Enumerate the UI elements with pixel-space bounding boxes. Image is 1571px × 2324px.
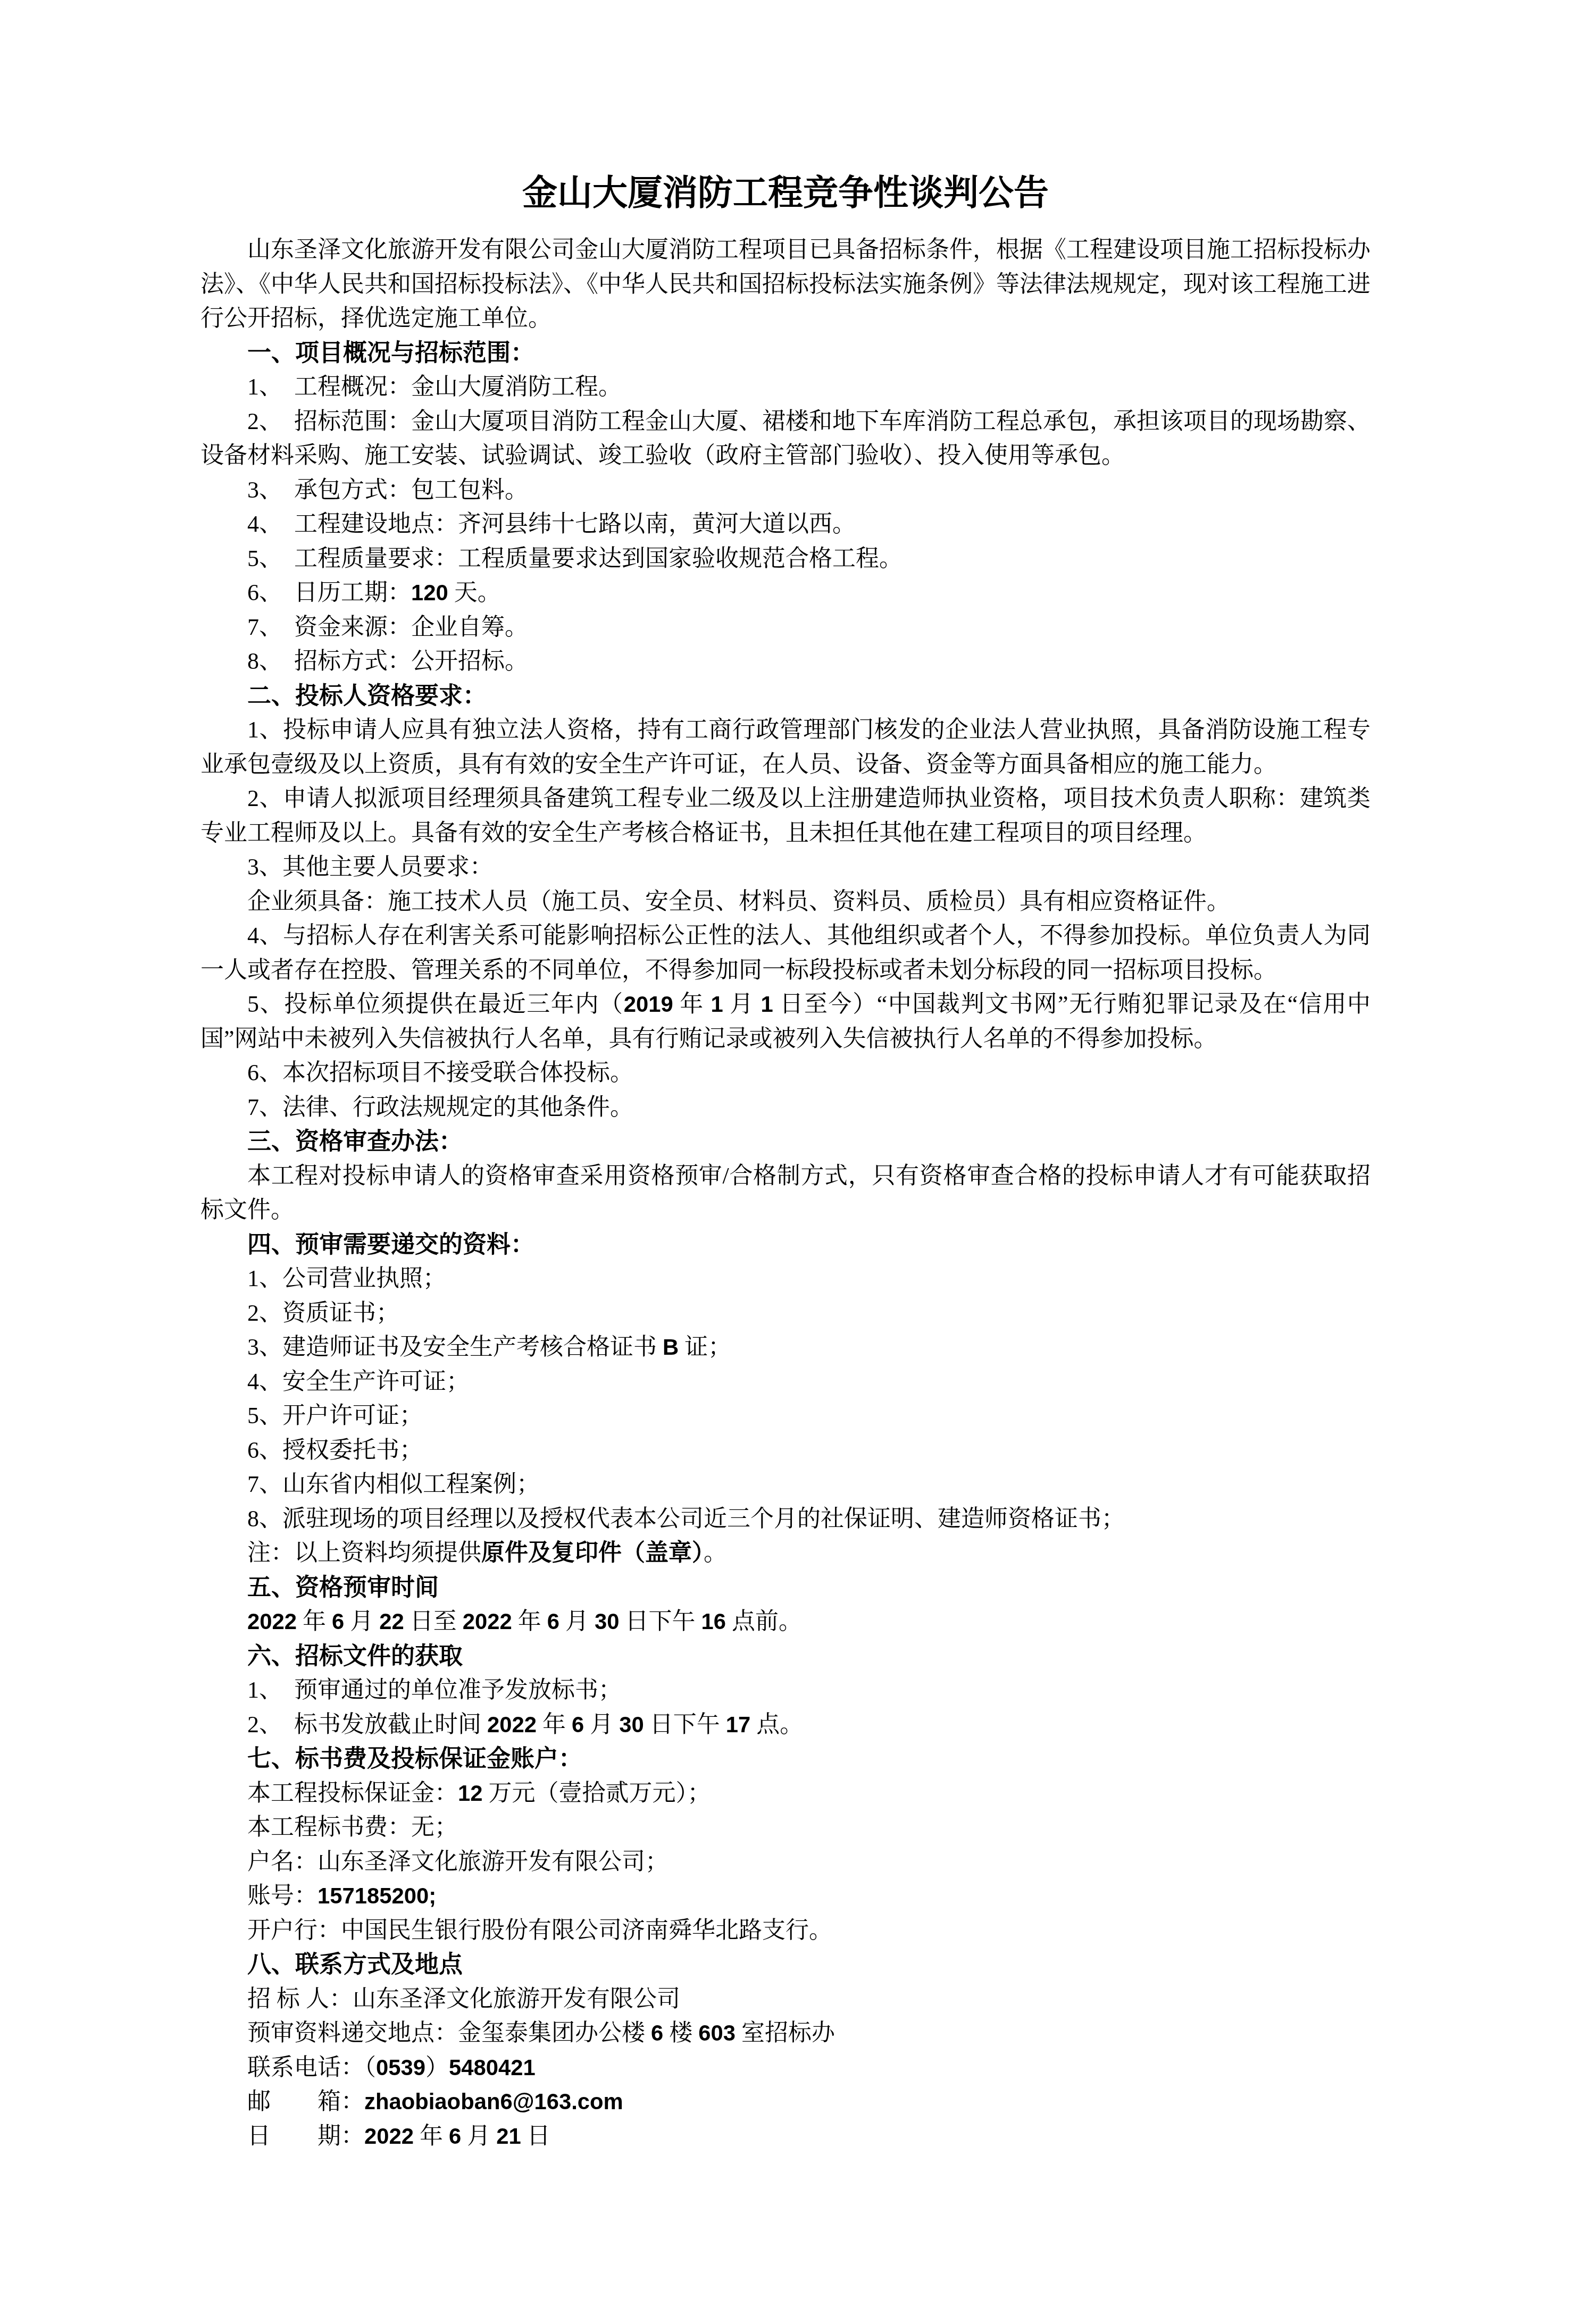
bold-emphasis-text: 原件及复印件（盖章） (481, 1540, 704, 1566)
latin-number-text: zhaobiaoban6@163.com (364, 2089, 623, 2114)
body-text: 年 (512, 1608, 547, 1634)
latin-number-text: 17 (726, 1712, 751, 1737)
doc-heading: 八、联系方式及地点 (200, 1948, 1371, 1982)
doc-paragraph: 本工程投标保证金：12 万元（壹拾贰万元）； (200, 1776, 1371, 1811)
body-text: 账号： (247, 1883, 317, 1909)
body-text: 年 (414, 2123, 449, 2149)
body-text: 三、资格审查办法： (247, 1128, 463, 1155)
body-text: 4、安全生产许可证； (247, 1369, 470, 1395)
body-text: 户名：山东圣泽文化旅游开发有限公司； (247, 1849, 668, 1875)
body-text: 日下午 (619, 1608, 701, 1634)
doc-paragraph: 1、 预审通过的单位准予发放标书； (200, 1673, 1371, 1708)
doc-paragraph: 企业须具备：施工技术人员（施工员、安全员、材料员、资料员、质检员）具有相应资格证… (200, 885, 1371, 919)
doc-paragraph: 1、投标申请人应具有独立法人资格，持有工商行政管理部门核发的企业法人营业执照，具… (200, 713, 1371, 782)
latin-number-text: 2019 (624, 992, 673, 1017)
body-text: 月 (723, 991, 761, 1017)
doc-paragraph: 4、 工程建设地点：齐河县纬十七路以南，黄河大道以西。 (200, 507, 1371, 542)
body-text: 4、 工程建设地点：齐河县纬十七路以南，黄河大道以西。 (247, 511, 856, 537)
body-text: 万元（壹拾贰万元）； (483, 1780, 711, 1806)
doc-heading: 六、招标文件的获取 (200, 1639, 1371, 1674)
body-text: 8、派驻现场的项目经理以及授权代表本公司近三个月的社保证明、建造师资格证书； (247, 1506, 1125, 1532)
body-text: 山东圣泽文化旅游开发有限公司金山大厦消防工程项目已具备招标条件，根据《工程建设项… (200, 237, 1371, 331)
doc-paragraph: 5、 工程质量要求：工程质量要求达到国家验收规范合格工程。 (200, 542, 1371, 576)
body-text: 二、投标人资格要求： (247, 683, 487, 709)
latin-number-text: 157185200; (317, 1883, 436, 1908)
body-text: 8、 招标方式：公开招标。 (247, 648, 528, 674)
latin-number-text: 603 (698, 2020, 736, 2045)
doc-paragraph: 2、申请人拟派项目经理须具备建筑工程专业二级及以上注册建造师执业资格，项目技术负… (200, 782, 1371, 850)
body-text: 八、联系方式及地点 (247, 1951, 463, 1978)
doc-paragraph: 7、 资金来源：企业自筹。 (200, 610, 1371, 645)
body-text: 月 (584, 1711, 619, 1738)
body-text: 日下午 (644, 1711, 726, 1738)
body-text: 年 (537, 1711, 572, 1738)
body-text: 天。 (448, 580, 501, 606)
doc-paragraph: 5、开户许可证； (200, 1399, 1371, 1433)
latin-number-text: 5480421 (449, 2055, 536, 2080)
latin-number-text: B (663, 1335, 679, 1360)
body-text: 7、 资金来源：企业自筹。 (247, 614, 528, 640)
document-content: 金山大厦消防工程竞争性谈判公告 山东圣泽文化旅游开发有限公司金山大厦消防工程项目… (200, 169, 1371, 2153)
doc-paragraph: 2、 标书发放截止时间 2022 年 6 月 30 日下午 17 点。 (200, 1708, 1371, 1742)
doc-heading: 一、项目概况与招标范围： (200, 336, 1371, 371)
doc-paragraph: 招 标 人：山东圣泽文化旅游开发有限公司 (200, 1982, 1371, 2017)
doc-heading: 五、资格预审时间 (200, 1571, 1371, 1605)
body-text: 预审资料递交地点：金玺泰集团办公楼 (247, 2020, 651, 2046)
latin-number-text: 30 (595, 1609, 620, 1634)
doc-paragraph: 1、公司营业执照； (200, 1262, 1371, 1296)
body-text: 5、 工程质量要求：工程质量要求达到国家验收规范合格工程。 (247, 546, 903, 572)
body-text: 1、公司营业执照； (247, 1265, 446, 1291)
body-text: 本工程对投标申请人的资格审查采用资格预审/合格制方式，只有资格审查合格的投标申请… (200, 1163, 1371, 1223)
document-paragraphs: 山东圣泽文化旅游开发有限公司金山大厦消防工程项目已具备招标条件，根据《工程建设项… (200, 233, 1371, 2153)
body-text: 5、投标单位须提供在最近三年内（ (247, 991, 624, 1017)
body-text: 月 (461, 2123, 496, 2149)
doc-paragraph: 6、本次招标项目不接受联合体投标。 (200, 1056, 1371, 1090)
latin-number-text: 6 (547, 1609, 559, 1634)
doc-paragraph: 2、资质证书； (200, 1296, 1371, 1331)
body-text: 六、招标文件的获取 (247, 1643, 463, 1669)
document-title: 金山大厦消防工程竞争性谈判公告 (200, 169, 1371, 218)
document-page: 金山大厦消防工程竞争性谈判公告 山东圣泽文化旅游开发有限公司金山大厦消防工程项目… (0, 0, 1571, 2324)
doc-heading: 七、标书费及投标保证金账户： (200, 1742, 1371, 1776)
body-text: 本工程投标保证金： (247, 1780, 458, 1806)
body-text: 3、 承包方式：包工包料。 (247, 477, 528, 503)
body-text: 。 (704, 1540, 727, 1566)
latin-number-text: 12 (458, 1781, 483, 1806)
body-text: 6、本次招标项目不接受联合体投标。 (247, 1060, 633, 1086)
body-text: 6、 日历工期： (247, 580, 411, 606)
latin-number-text: 2022 (463, 1609, 512, 1634)
latin-number-text: 6 (332, 1609, 344, 1634)
latin-number-text: 6 (572, 1712, 584, 1737)
doc-paragraph: 邮 箱：zhaobiaoban6@163.com (200, 2085, 1371, 2119)
body-text: 室招标办 (736, 2020, 835, 2046)
doc-paragraph: 8、 招标方式：公开招标。 (200, 644, 1371, 679)
doc-paragraph: 账号：157185200; (200, 1879, 1371, 1914)
doc-paragraph: 本工程标书费：无； (200, 1810, 1371, 1845)
latin-number-text: 22 (379, 1609, 404, 1634)
latin-number-text: 6 (449, 2124, 461, 2149)
body-text: 年 (297, 1608, 332, 1634)
body-text: 3、其他主要人员要求： (247, 854, 493, 880)
latin-number-text: 0539 (376, 2055, 425, 2080)
body-text: 2、申请人拟派项目经理须具备建筑工程专业二级及以上注册建造师执业资格，项目技术负… (200, 785, 1371, 846)
body-text: 2、 标书发放截止时间 (247, 1711, 487, 1738)
doc-paragraph: 4、与招标人存在利害关系可能影响招标公正性的法人、其他组织或者个人，不得参加投标… (200, 919, 1371, 987)
body-text: 一、项目概况与招标范围： (247, 340, 534, 366)
doc-paragraph: 预审资料递交地点：金玺泰集团办公楼 6 楼 603 室招标办 (200, 2016, 1371, 2051)
body-text: 6、授权委托书； (247, 1437, 423, 1463)
body-text: 日 (521, 2123, 550, 2149)
doc-paragraph: 2022 年 6 月 22 日至 2022 年 6 月 30 日下午 16 点前… (200, 1605, 1371, 1639)
body-text: 七、标书费及投标保证金账户： (247, 1746, 582, 1772)
body-text: 5、开户许可证； (247, 1403, 423, 1429)
body-text: 企业须具备：施工技术人员（施工员、安全员、材料员、资料员、质检员）具有相应资格证… (247, 888, 1230, 915)
doc-paragraph: 6、授权委托书； (200, 1433, 1371, 1468)
body-text: 邮 箱： (247, 2088, 364, 2115)
doc-paragraph: 山东圣泽文化旅游开发有限公司金山大厦消防工程项目已具备招标条件，根据《工程建设项… (200, 233, 1371, 336)
body-text: 联系电话：（ (247, 2054, 376, 2080)
doc-paragraph: 6、 日历工期：120 天。 (200, 576, 1371, 610)
doc-paragraph: 3、其他主要人员要求： (200, 850, 1371, 885)
body-text: 四、预审需要递交的资料： (247, 1231, 534, 1258)
body-text: 日 期： (247, 2123, 364, 2149)
doc-paragraph: 7、法律、行政法规规定的其他条件。 (200, 1090, 1371, 1125)
body-text: 日至 (404, 1608, 463, 1634)
doc-paragraph: 户名：山东圣泽文化旅游开发有限公司； (200, 1845, 1371, 1880)
body-text: 五、资格预审时间 (247, 1574, 439, 1601)
latin-number-text: 30 (619, 1712, 644, 1737)
body-text: 本工程标书费：无； (247, 1814, 458, 1840)
body-text: 4、与招标人存在利害关系可能影响招标公正性的法人、其他组织或者个人，不得参加投标… (200, 922, 1371, 983)
body-text: 1、 工程概况：金山大厦消防工程。 (247, 374, 622, 400)
body-text: 2、 招标范围：金山大厦项目消防工程金山大厦、裙楼和地下车库消防工程总承包，承担… (200, 408, 1371, 469)
body-text: 楼 (663, 2020, 698, 2046)
latin-number-text: 21 (496, 2124, 521, 2149)
body-text: 月 (559, 1608, 595, 1634)
body-text: 点前。 (726, 1608, 802, 1634)
body-text: 招 标 人：山东圣泽文化旅游开发有限公司 (247, 1986, 680, 2012)
latin-number-text: 1 (761, 992, 773, 1017)
latin-number-text: 2022 (487, 1712, 537, 1737)
body-text: ） (425, 2054, 449, 2080)
body-text: 7、法律、行政法规规定的其他条件。 (247, 1094, 633, 1120)
body-text: 年 (673, 991, 711, 1017)
body-text: 1、 预审通过的单位准予发放标书； (247, 1677, 622, 1703)
latin-number-text: 1 (711, 992, 723, 1017)
doc-paragraph: 7、山东省内相似工程案例； (200, 1467, 1371, 1502)
body-text: 3、建造师证书及安全生产考核合格证书 (247, 1334, 663, 1360)
body-text: 注：以上资料均须提供 (247, 1540, 481, 1566)
doc-paragraph: 日 期：2022 年 6 月 21 日 (200, 2119, 1371, 2154)
latin-number-text: 2022 (364, 2124, 414, 2149)
body-text: 7、山东省内相似工程案例； (247, 1471, 540, 1497)
body-text: 1、投标申请人应具有独立法人资格，持有工商行政管理部门核发的企业法人营业执照，具… (200, 717, 1371, 777)
doc-paragraph: 联系电话：（0539）5480421 (200, 2051, 1371, 2085)
doc-paragraph: 4、安全生产许可证； (200, 1365, 1371, 1399)
doc-paragraph: 8、派驻现场的项目经理以及授权代表本公司近三个月的社保证明、建造师资格证书； (200, 1502, 1371, 1537)
body-text: 点。 (750, 1711, 803, 1738)
body-text: 2、资质证书； (247, 1300, 399, 1326)
latin-number-text: 2022 (247, 1609, 297, 1634)
doc-paragraph: 5、投标单位须提供在最近三年内（2019 年 1 月 1 日至今）“中国裁判文书… (200, 987, 1371, 1056)
doc-paragraph: 本工程对投标申请人的资格审查采用资格预审/合格制方式，只有资格审查合格的投标申请… (200, 1159, 1371, 1228)
doc-heading: 三、资格审查办法： (200, 1125, 1371, 1159)
doc-paragraph: 2、 招标范围：金山大厦项目消防工程金山大厦、裙楼和地下车库消防工程总承包，承担… (200, 405, 1371, 473)
latin-number-text: 6 (651, 2020, 663, 2045)
doc-paragraph: 注：以上资料均须提供原件及复印件（盖章）。 (200, 1536, 1371, 1571)
doc-paragraph: 开户行：中国民生银行股份有限公司济南舜华北路支行。 (200, 1914, 1371, 1948)
doc-paragraph: 3、建造师证书及安全生产考核合格证书 B 证； (200, 1330, 1371, 1365)
doc-heading: 四、预审需要递交的资料： (200, 1228, 1371, 1262)
body-text: 月 (344, 1608, 379, 1634)
doc-paragraph: 3、 承包方式：包工包料。 (200, 473, 1371, 508)
doc-paragraph: 1、 工程概况：金山大厦消防工程。 (200, 370, 1371, 405)
latin-number-text: 16 (701, 1609, 726, 1634)
body-text: 证； (679, 1334, 731, 1360)
body-text: 开户行：中国民生银行股份有限公司济南舜华北路支行。 (247, 1917, 832, 1943)
latin-number-text: 120 (411, 580, 448, 605)
doc-heading: 二、投标人资格要求： (200, 679, 1371, 714)
